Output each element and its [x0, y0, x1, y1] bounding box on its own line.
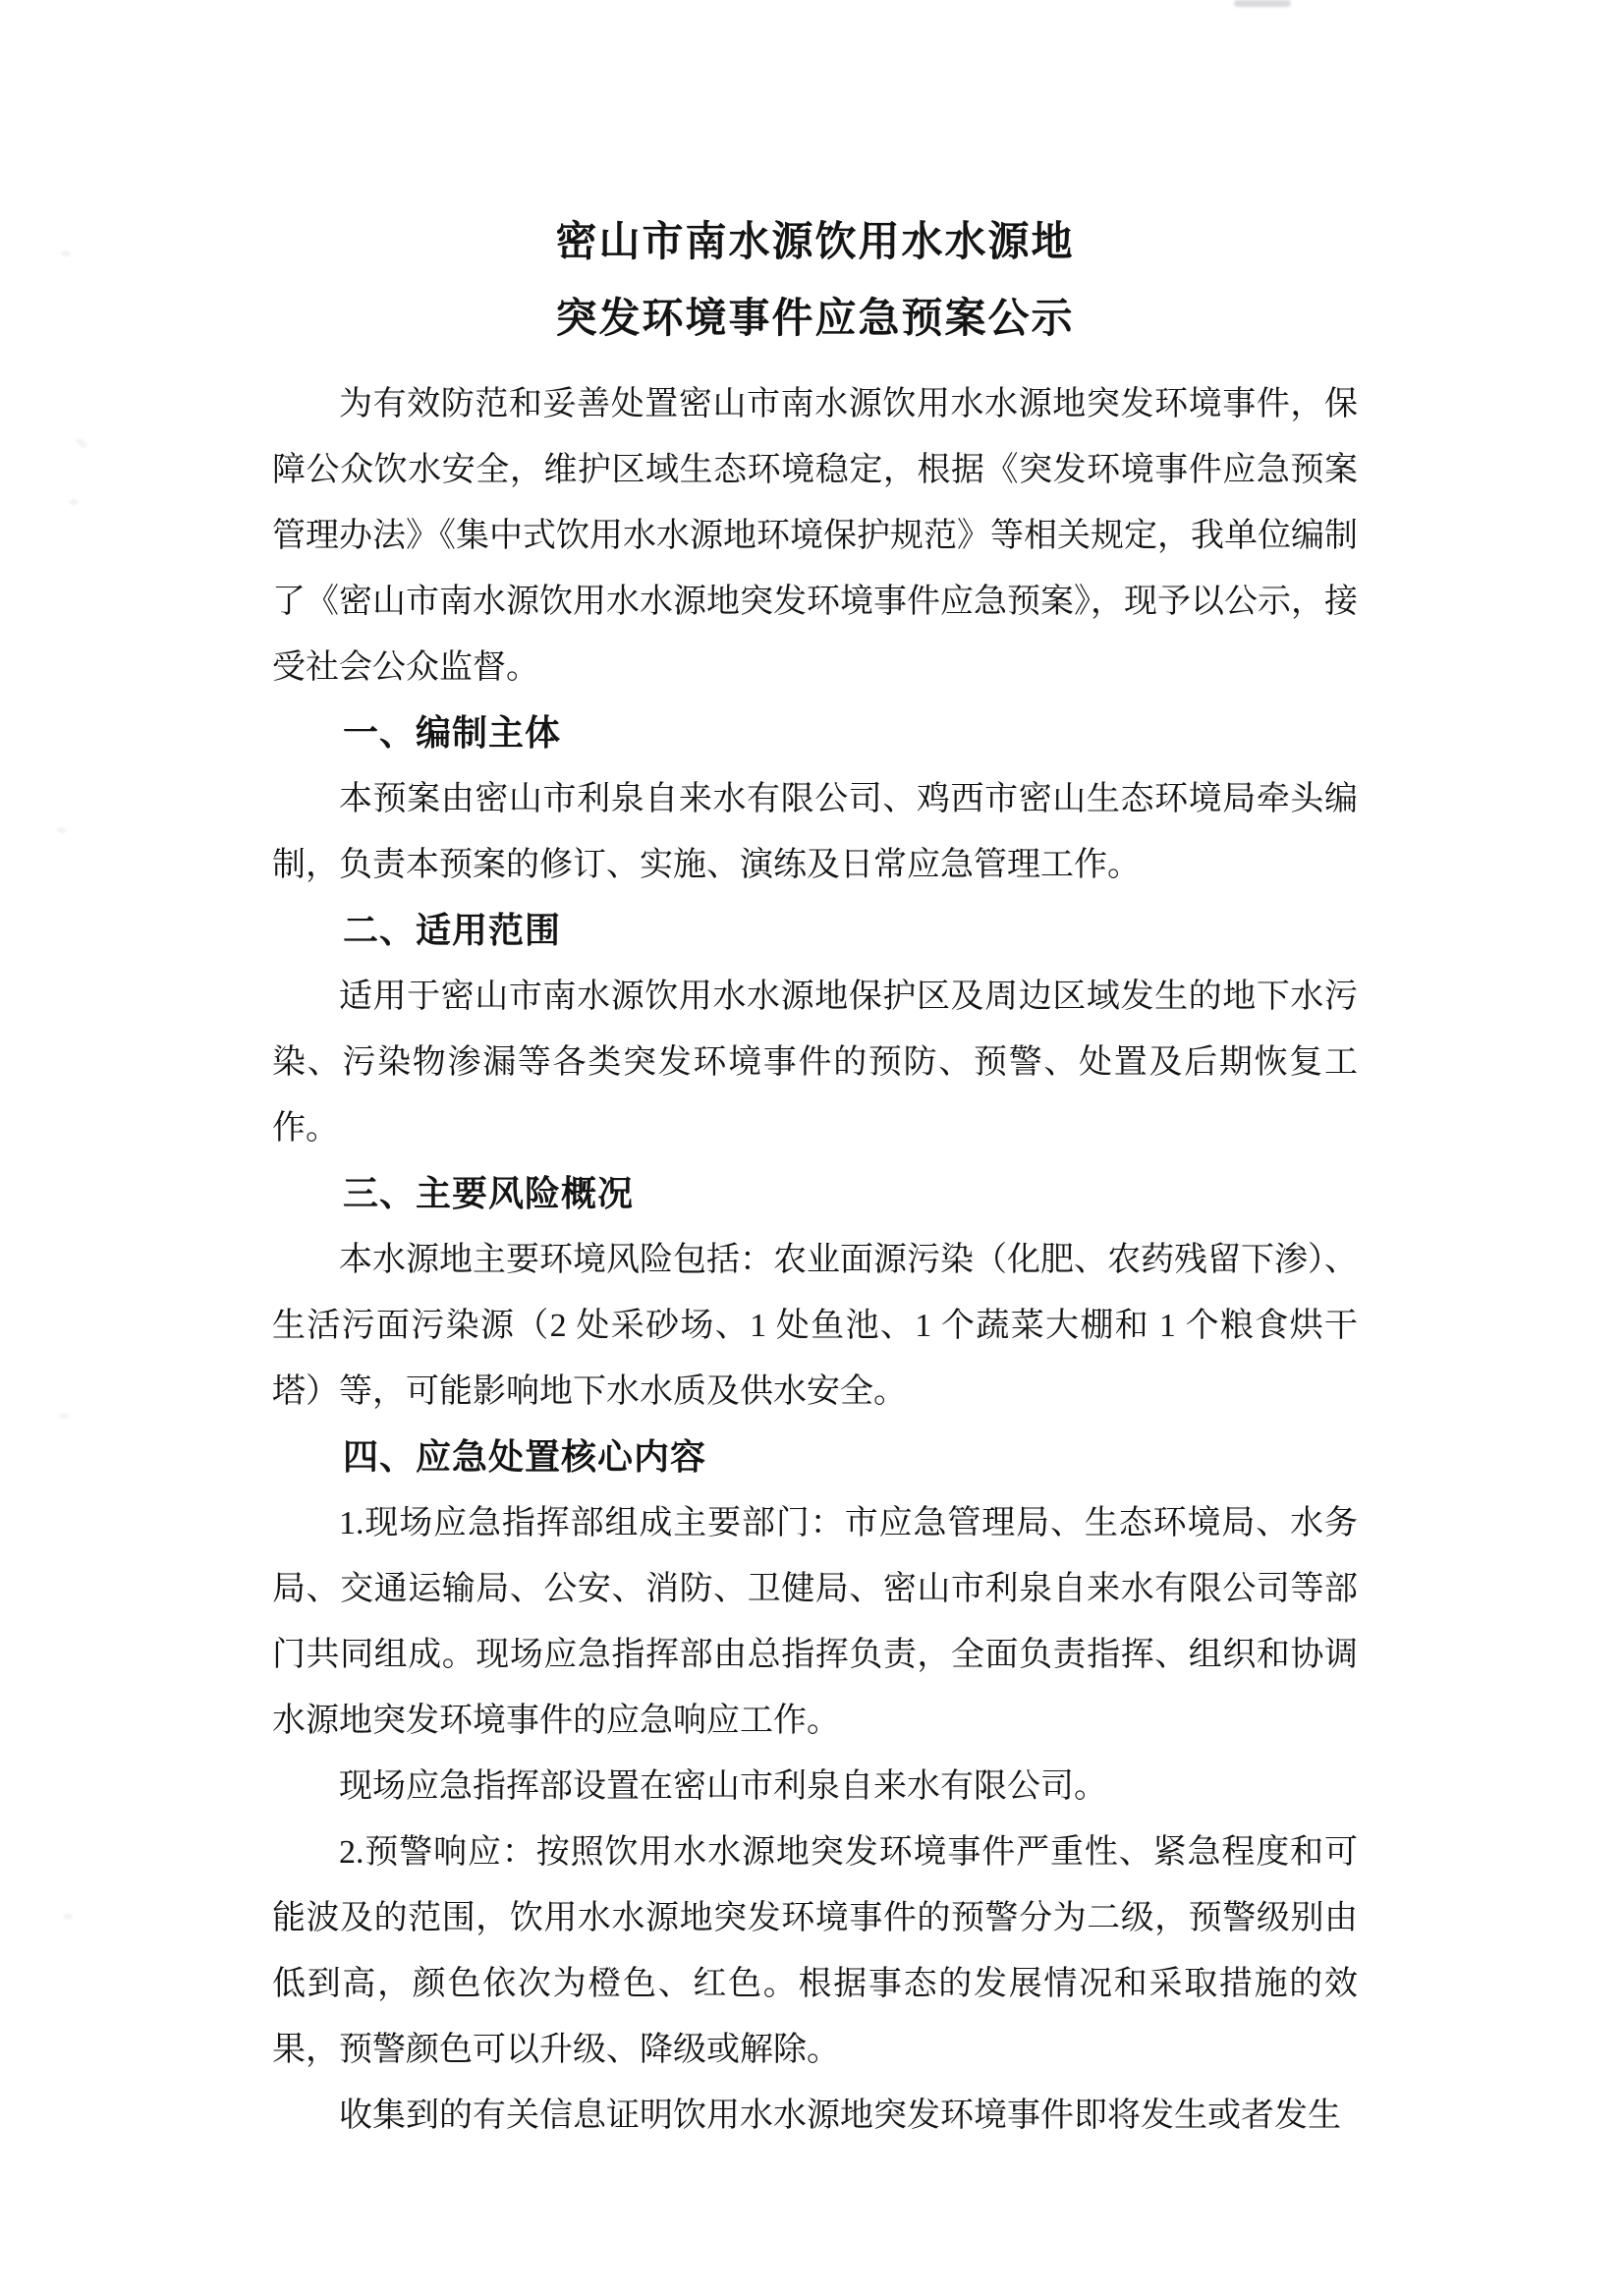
warning-response-paragraph: 2.预警响应：按照饮用水水源地突发环境事件严重性、紧急程度和可能波及的范围，饮用… [272, 1819, 1358, 2083]
document-page: 密山市南水源饮用水水源地 突发环境事件应急预案公示 为有效防范和妥善处置密山市南… [0, 0, 1624, 2295]
scan-speck-artifact [69, 499, 79, 505]
section-heading-core-response: 四、应急处置核心内容 [272, 1425, 1358, 1490]
main-risks-paragraph: 本水源地主要环境风险包括：农业面源污染（化肥、农药残留下渗）、生活污面污染源（2… [272, 1227, 1358, 1425]
intro-paragraph: 为有效防范和妥善处置密山市南水源饮用水水源地突发环境事件，保障公众饮水安全，维护… [272, 371, 1358, 700]
scan-speck-artifact [59, 1413, 69, 1419]
scope-paragraph: 适用于密山市南水源饮用水水源地保护区及周边区域发生的地下水污染、污染物渗漏等各类… [272, 964, 1358, 1161]
scan-smudge-artifact [1234, 0, 1291, 7]
document-title-line-2: 突发环境事件应急预案公示 [272, 281, 1358, 358]
section-heading-main-risks: 三、主要风险概况 [272, 1161, 1358, 1227]
section-heading-compiling-body: 一、编制主体 [272, 700, 1358, 766]
section-heading-scope: 二、适用范围 [272, 898, 1358, 964]
document-title-line-1: 密山市南水源饮用水水源地 [272, 204, 1358, 281]
scan-speck-artifact [75, 437, 89, 450]
scan-speck-artifact [61, 251, 71, 256]
scan-speck-artifact [57, 827, 67, 833]
compiling-body-paragraph: 本预案由密山市利泉自来水有限公司、鸡西市密山生态环境局牵头编制，负责本预案的修订… [272, 766, 1358, 898]
document-body: 为有效防范和妥善处置密山市南水源饮用水水源地突发环境事件，保障公众饮水安全，维护… [272, 371, 1358, 2149]
command-structure-paragraph: 1.现场应急指挥部组成主要部门：市应急管理局、生态环境局、水务局、交通运输局、公… [272, 1490, 1358, 1754]
document-content: 密山市南水源饮用水水源地 突发环境事件应急预案公示 为有效防范和妥善处置密山市南… [272, 204, 1358, 2149]
info-collection-paragraph: 收集到的有关信息证明饮用水水源地突发环境事件即将发生或者发生 [272, 2083, 1358, 2149]
command-location-paragraph: 现场应急指挥部设置在密山市利泉自来水有限公司。 [272, 1754, 1358, 1819]
scan-speck-artifact [63, 1914, 73, 1920]
